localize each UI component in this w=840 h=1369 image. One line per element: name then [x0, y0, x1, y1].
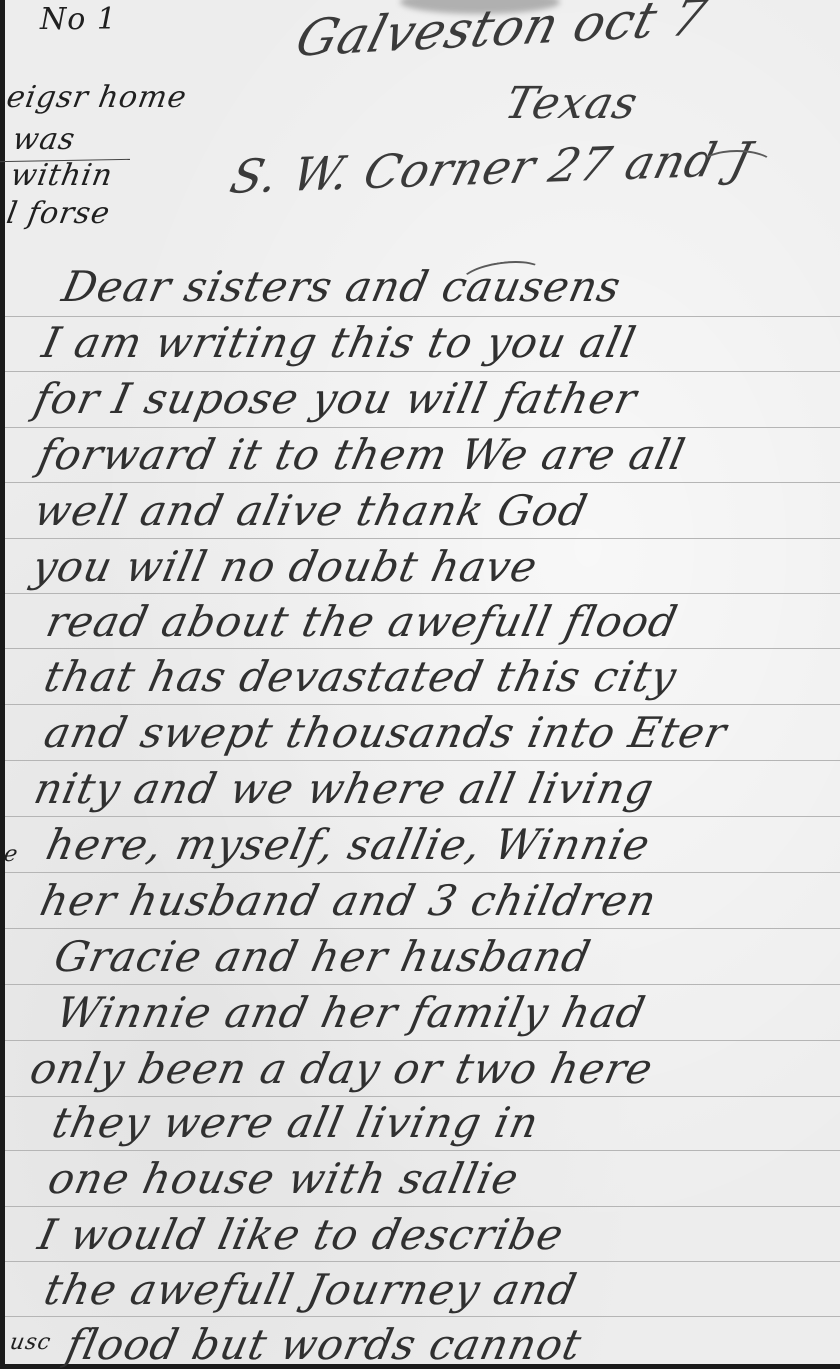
- body-line: here, myself, sallie, Winnie: [42, 820, 655, 869]
- ruled-line: [5, 1040, 840, 1041]
- header-place-line2: Texas: [500, 78, 643, 129]
- page-edge-left: [0, 0, 5, 1369]
- body-line: only been a day or two here: [26, 1044, 658, 1093]
- margin-fragment: e: [2, 842, 20, 867]
- ruled-line: [5, 704, 840, 705]
- body-line: flood but words cannot: [62, 1320, 586, 1369]
- body-line: I am writing this to you all: [38, 318, 641, 367]
- margin-note: eigsr home: [4, 80, 190, 115]
- body-line: nity and we where all living: [30, 764, 659, 813]
- body-line: you will no doubt have: [28, 542, 542, 591]
- body-line: read about the awefull flood: [42, 597, 682, 646]
- ruled-line: [5, 482, 840, 483]
- ruled-line: [5, 593, 840, 594]
- ruled-line: [5, 648, 840, 649]
- ruled-line: [5, 1261, 840, 1262]
- body-line: I would like to describe: [34, 1210, 568, 1259]
- body-line: Winnie and her family had: [52, 988, 650, 1037]
- header-place-line1: Galveston oct 7: [290, 0, 714, 68]
- ruled-line: [5, 371, 840, 372]
- ruled-line: [5, 1206, 840, 1207]
- page-number: No 1: [40, 2, 117, 37]
- margin-note: l forse: [4, 196, 113, 231]
- header-address: S. W. Corner 27 and J: [225, 131, 758, 204]
- body-line: they were all living in: [48, 1098, 543, 1147]
- body-line: forward it to them We are all: [34, 430, 690, 479]
- body-line: that has devastated this city: [40, 652, 681, 701]
- ruled-line: [5, 1150, 840, 1151]
- ruled-line: [5, 1096, 840, 1097]
- ruled-line: [5, 984, 840, 985]
- body-line: well and alive thank God: [30, 486, 592, 535]
- ruled-line: [5, 872, 840, 873]
- ruled-line: [5, 1316, 840, 1317]
- body-line: for I supose you will father: [30, 374, 642, 423]
- ruled-line: [5, 928, 840, 929]
- body-line: the awefull Journey and: [40, 1265, 581, 1314]
- ruled-line: [5, 538, 840, 539]
- ruled-line: [5, 316, 840, 317]
- body-line: and swept thousands into Eter: [40, 708, 731, 757]
- flourish-loop: [700, 150, 774, 180]
- margin-note: was: [10, 122, 78, 157]
- body-line: Gracie and her husband: [50, 932, 595, 981]
- ruled-line: [5, 816, 840, 817]
- body-line: one house with sallie: [44, 1154, 524, 1203]
- ruled-line: [5, 760, 840, 761]
- margin-fragment: usc: [8, 1330, 53, 1355]
- letter-page: No 1 Galveston oct 7 Texas S. W. Corner …: [0, 0, 840, 1369]
- body-line: her husband and 3 children: [36, 876, 661, 925]
- ruled-line: [5, 427, 840, 428]
- margin-note: within: [8, 158, 116, 193]
